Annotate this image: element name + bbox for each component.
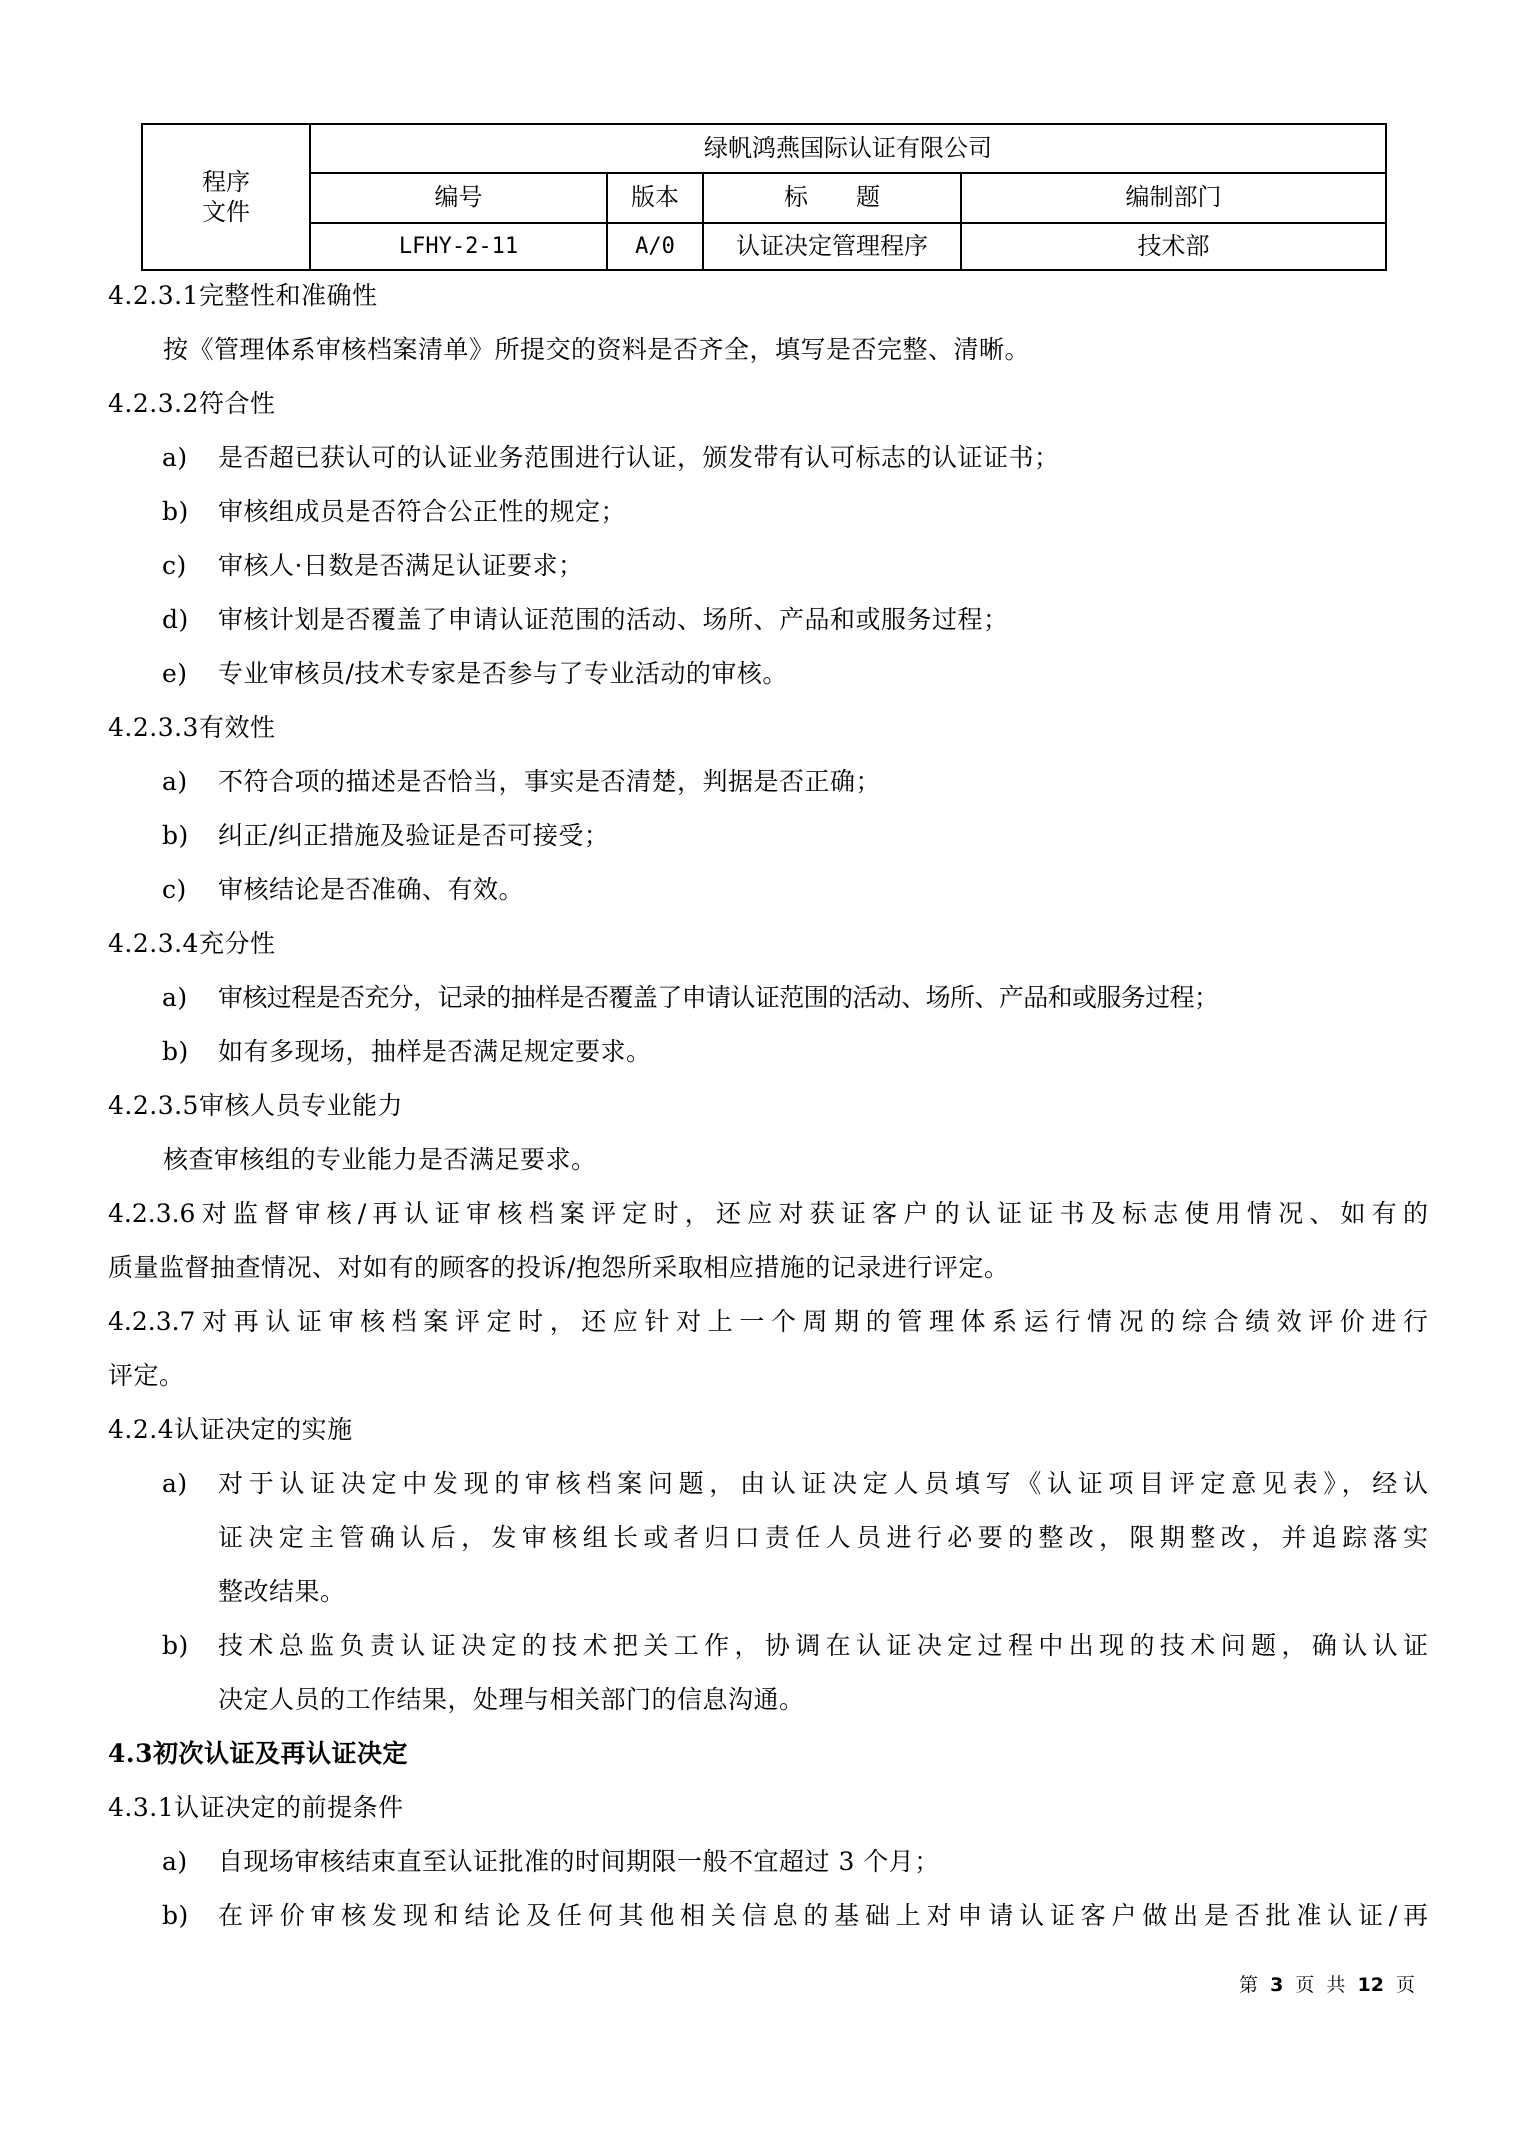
list-item: 专业审核员/技术专家是否参与了专业活动的审核。	[218, 659, 788, 689]
list-marker: a)	[162, 443, 188, 473]
paragraph-4-2-3-1: 按《管理体系审核档案清单》所提交的资料是否齐全，填写是否完整、清晰。	[163, 335, 1030, 365]
doc-type-line-1: 程序	[143, 167, 309, 197]
heading-4-3-1: 4.3.1认证决定的前提条件	[108, 1793, 404, 1823]
list-marker: a)	[162, 983, 188, 1013]
list-marker: a)	[162, 1469, 188, 1499]
footer-prefix: 第	[1239, 1974, 1258, 1996]
paragraph-4-2-3-5: 核查审核组的专业能力是否满足要求。	[163, 1145, 597, 1175]
heading-4-2-4: 4.2.4认证决定的实施	[108, 1415, 353, 1445]
heading-4-2-3-5: 4.2.3.5审核人员专业能力	[108, 1091, 403, 1121]
list-marker: c)	[162, 875, 187, 905]
list-marker: a)	[162, 1847, 188, 1877]
list-item-line: 证决定主管确认后，发审核组长或者归口责任人员进行必要的整改，限期整改，并追踪落实	[218, 1523, 1428, 1553]
list-item: 审核过程是否充分，记录的抽样是否覆盖了申请认证范围的活动、场所、产品和或服务过程…	[218, 983, 1218, 1013]
list-marker: d)	[162, 605, 189, 635]
list-item: 自现场审核结束直至认证批准的时间期限一般不宜超过 3 个月；	[218, 1847, 940, 1877]
paragraph-4-2-3-7-line-1: 4.2.3.7对再认证审核档案评定时，还应针对上一个周期的管理体系运行情况的综合…	[108, 1307, 1428, 1337]
list-item-line: 决定人员的工作结果，处理与相关部门的信息沟通。	[218, 1685, 805, 1715]
paragraph-4-2-3-7-line-2: 评定。	[108, 1361, 185, 1391]
list-item: 是否超已获认可的认证业务范围进行认证，颁发带有认可标志的认证证书；	[218, 443, 1060, 473]
list-marker: c)	[162, 551, 187, 581]
heading-4-2-3-3: 4.2.3.3有效性	[108, 713, 275, 743]
list-marker: b)	[162, 821, 189, 851]
list-item: 如有多现场，抽样是否满足规定要求。	[218, 1037, 652, 1067]
list-marker: e)	[162, 659, 188, 689]
col-header-title: 标 题	[703, 173, 961, 223]
doc-type-line-2: 文件	[143, 197, 309, 227]
footer-page-word: 页	[1295, 1974, 1314, 1996]
footer-total-prefix: 共	[1326, 1974, 1345, 1996]
footer-suffix: 页	[1396, 1974, 1415, 1996]
document-page: 程序 文件 绿帆鸿燕国际认证有限公司 编号 版本 标 题 编制部门 LFHY-2…	[0, 0, 1514, 2140]
list-item: 审核人·日数是否满足认证要求；	[218, 551, 583, 581]
page-number-footer: 第 3 页 共 12 页	[1239, 1970, 1415, 1997]
doc-title: 认证决定管理程序	[703, 223, 961, 270]
list-item-line: 技术总监负责认证决定的技术把关工作，协调在认证决定过程中出现的技术问题，确认认证	[218, 1631, 1428, 1661]
heading-4-2-3-2: 4.2.3.2符合性	[108, 389, 275, 419]
list-item: 不符合项的描述是否恰当，事实是否清楚，判据是否正确；	[218, 767, 881, 797]
col-header-version: 版本	[607, 173, 703, 223]
list-marker: a)	[162, 767, 188, 797]
company-name: 绿帆鸿燕国际认证有限公司	[310, 124, 1386, 173]
col-header-number: 编号	[310, 173, 607, 223]
list-item: 审核结论是否准确、有效。	[218, 875, 524, 905]
paragraph-4-2-3-6-line-1: 4.2.3.6对监督审核/再认证审核档案评定时，还应对获证客户的认证证书及标志使…	[108, 1199, 1428, 1229]
heading-4-2-3-1: 4.2.3.1完整性和准确性	[108, 281, 377, 311]
list-item: 纠正/纠正措施及验证是否可接受；	[218, 821, 609, 851]
list-marker: b)	[162, 1901, 189, 1931]
doc-version: A/0	[607, 223, 703, 270]
current-page-number: 3	[1270, 1974, 1283, 1996]
doc-number: LFHY-2-11	[310, 223, 607, 270]
total-pages-number: 12	[1357, 1974, 1383, 1996]
list-marker: b)	[162, 1631, 189, 1661]
list-item: 在评价审核发现和结论及任何其他相关信息的基础上对申请认证客户做出是否批准认证/再	[218, 1901, 1428, 1931]
list-item-line: 对于认证决定中发现的审核档案问题，由认证决定人员填写《认证项目评定意见表》，经认	[218, 1469, 1428, 1499]
doc-type-cell: 程序 文件	[142, 124, 310, 270]
list-marker: b)	[162, 497, 189, 527]
heading-4-3: 4.3初次认证及再认证决定	[108, 1739, 408, 1769]
list-item-line: 整改结果。	[218, 1577, 346, 1607]
document-header-table: 程序 文件 绿帆鸿燕国际认证有限公司 编号 版本 标 题 编制部门 LFHY-2…	[141, 123, 1387, 271]
paragraph-4-2-3-6-line-2: 质量监督抽查情况、对如有的顾客的投诉/抱怨所采取相应措施的记录进行评定。	[108, 1253, 1009, 1283]
col-header-department: 编制部门	[961, 173, 1386, 223]
list-item: 审核组成员是否符合公正性的规定；	[218, 497, 626, 527]
doc-department: 技术部	[961, 223, 1386, 270]
heading-4-2-3-4: 4.2.3.4充分性	[108, 929, 275, 959]
list-item: 审核计划是否覆盖了申请认证范围的活动、场所、产品和或服务过程；	[218, 605, 1009, 635]
list-marker: b)	[162, 1037, 189, 1067]
